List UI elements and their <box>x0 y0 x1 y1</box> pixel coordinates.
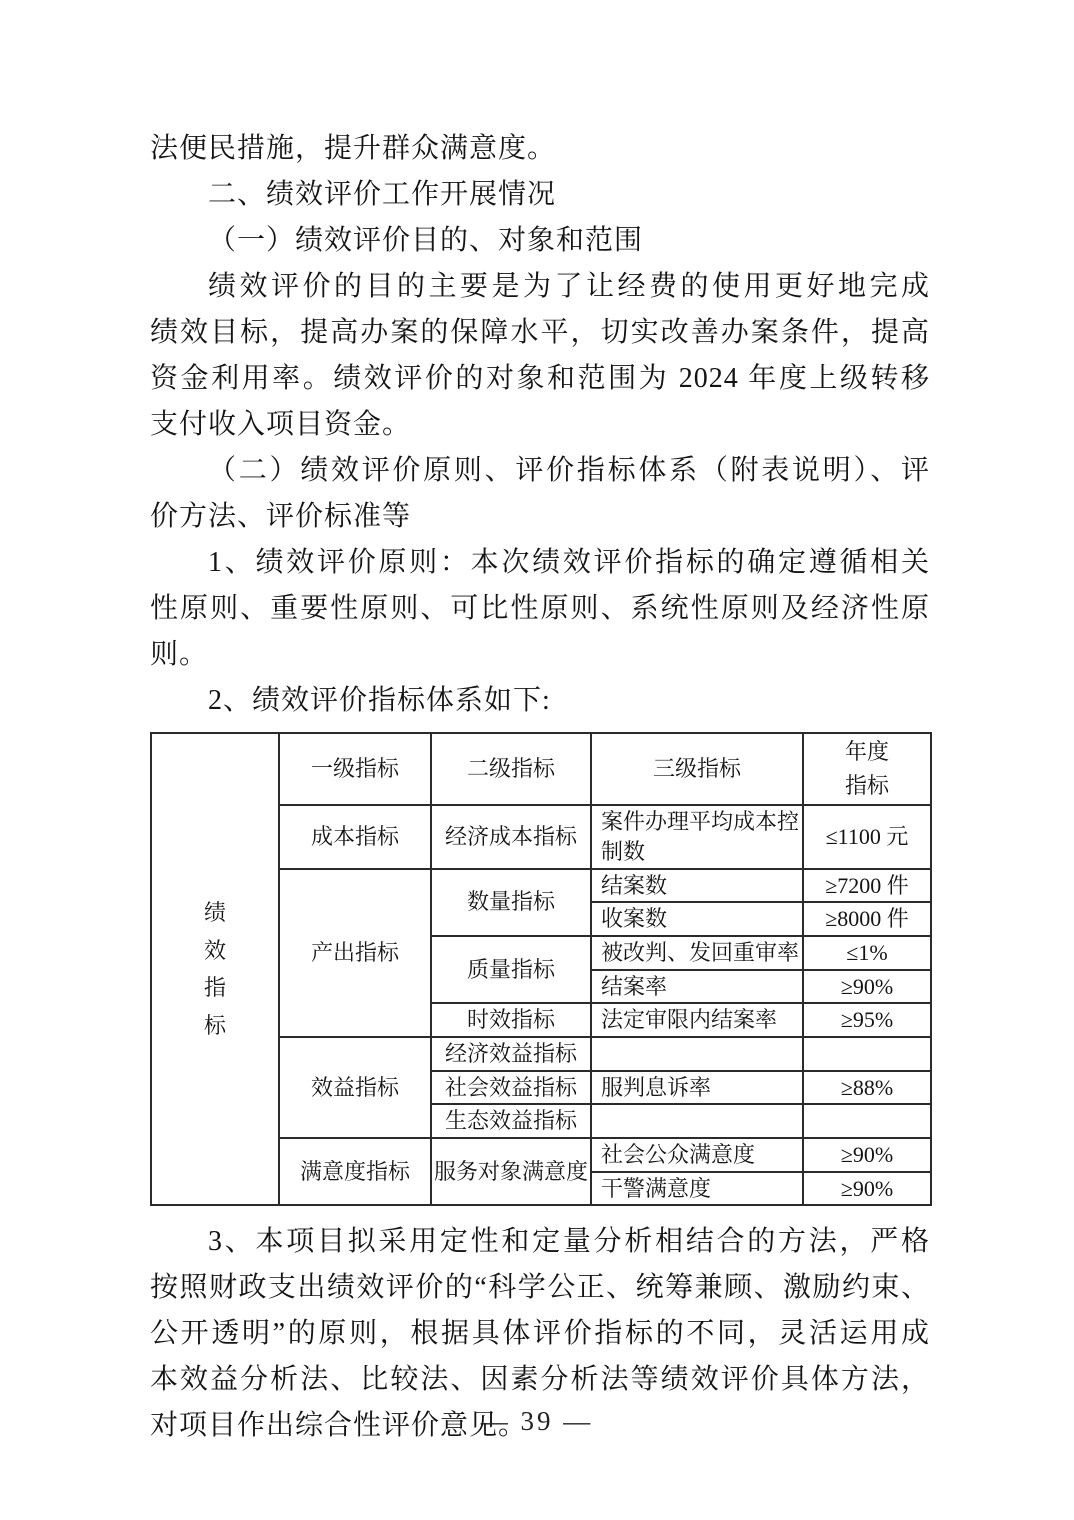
header-level1: 一级指标 <box>279 733 431 805</box>
table-cell: 法定审限内结案率 <box>591 1003 803 1037</box>
subsection-heading-2-2: （二）绩效评价原则、评价指标体系（附表说明）、评 <box>150 448 930 494</box>
table-cell: ≤1100 元 <box>803 805 931 868</box>
header-level3: 三级指标 <box>591 733 803 805</box>
body-line: 性原则、重要性原则、可比性原则、系统性原则及经济性原 <box>150 586 930 632</box>
table-cell: ≥88% <box>803 1071 931 1105</box>
table-cell: ≥90% <box>803 1138 931 1172</box>
table-cell: ≥7200 件 <box>803 869 931 903</box>
table-cell: 产出指标 <box>279 869 431 1037</box>
table-cell: 质量指标 <box>431 936 591 1003</box>
page-number: — 39 — <box>0 1406 1074 1437</box>
table-cell: 社会公众满意度 <box>591 1138 803 1172</box>
table-cell: 干警满意度 <box>591 1172 803 1206</box>
table-cell: 时效指标 <box>431 1003 591 1037</box>
table-cell: 满意度指标 <box>279 1138 431 1205</box>
table-cell: 数量指标 <box>431 869 591 936</box>
table-cell: 成本指标 <box>279 805 431 868</box>
indicator-table: 绩效指标 一级指标 二级指标 三级指标 年度指标 成本指标 经济成本指标 案件办… <box>150 732 932 1206</box>
table-cell: 结案率 <box>591 970 803 1004</box>
table-cell: 结案数 <box>591 869 803 903</box>
document-page: 法便民措施，提升群众满意度。 二、绩效评价工作开展情况 （一）绩效评价目的、对象… <box>0 0 1074 1520</box>
table-cell: ≥90% <box>803 970 931 1004</box>
table-cell: 经济效益指标 <box>431 1037 591 1071</box>
table-cell: 服务对象满意度 <box>431 1138 591 1205</box>
table-cell <box>803 1104 931 1138</box>
body-line: 法便民措施，提升群众满意度。 <box>150 126 930 172</box>
table-cell <box>803 1037 931 1071</box>
table-cell: 收案数 <box>591 902 803 936</box>
table-cell: 服判息诉率 <box>591 1071 803 1105</box>
body-line: 价方法、评价标准等 <box>150 494 930 540</box>
table-cell: ≥90% <box>803 1172 931 1206</box>
table-cell: ≥8000 件 <box>803 902 931 936</box>
subsection-heading-2-1: （一）绩效评价目的、对象和范围 <box>150 218 930 264</box>
header-annual: 年度指标 <box>803 733 931 805</box>
table-cell: 社会效益指标 <box>431 1071 591 1105</box>
body-line: 按照财政支出绩效评价的“科学公正、统筹兼顾、激励约束、 <box>150 1265 930 1311</box>
table-intro-line: 2、绩效评价指标体系如下: <box>150 678 930 724</box>
document-content: 法便民措施，提升群众满意度。 二、绩效评价工作开展情况 （一）绩效评价目的、对象… <box>150 126 930 1449</box>
body-line: 绩效目标，提高办案的保障水平，切实改善办案条件，提高 <box>150 310 930 356</box>
body-line: 本效益分析法、比较法、因素分析法等绩效评价具体方法， <box>150 1357 930 1403</box>
body-line: 则。 <box>150 632 930 678</box>
body-line: 公开透明”的原则，根据具体评价指标的不同，灵活运用成 <box>150 1311 930 1357</box>
body-line: 3、本项目拟采用定性和定量分析相结合的方法，严格 <box>150 1219 930 1265</box>
side-label: 绩效指标 <box>202 894 228 1044</box>
body-line: 1、绩效评价原则：本次绩效评价指标的确定遵循相关 <box>150 540 930 586</box>
table-side-label-cell: 绩效指标 <box>151 733 279 1205</box>
body-line: 支付收入项目资金。 <box>150 402 930 448</box>
table-cell: 经济成本指标 <box>431 805 591 868</box>
table-cell: ≥95% <box>803 1003 931 1037</box>
table-cell: 效益指标 <box>279 1037 431 1138</box>
table-cell: 案件办理平均成本控制数 <box>591 805 803 868</box>
body-line: 绩效评价的目的主要是为了让经费的使用更好地完成 <box>150 264 930 310</box>
table-cell <box>591 1037 803 1071</box>
table-cell: 生态效益指标 <box>431 1104 591 1138</box>
header-annual-text: 年度指标 <box>842 735 892 803</box>
body-line: 资金利用率。绩效评价的对象和范围为 2024 年度上级转移 <box>150 356 930 402</box>
section-heading-2: 二、绩效评价工作开展情况 <box>150 172 930 218</box>
table-cell: ≤1% <box>803 936 931 970</box>
table-cell: 被改判、发回重审率 <box>591 936 803 970</box>
header-level2: 二级指标 <box>431 733 591 805</box>
table-cell <box>591 1104 803 1138</box>
